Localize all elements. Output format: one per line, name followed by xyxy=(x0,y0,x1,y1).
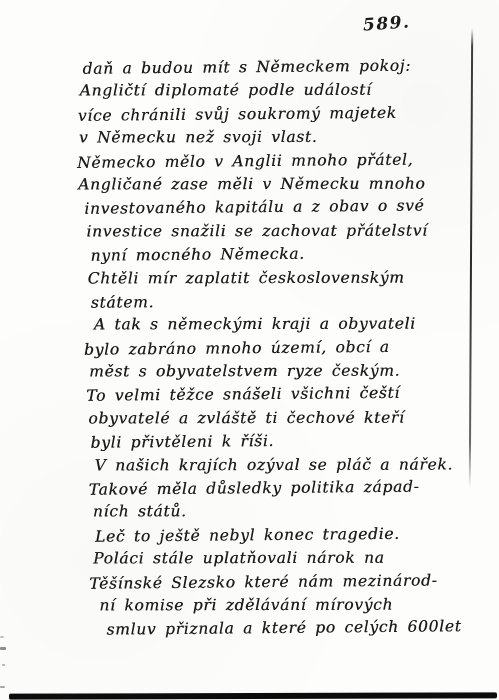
handwritten-line: nyní mocného Německa. xyxy=(90,241,462,268)
handwritten-line: ní komise při zdělávání mírových xyxy=(99,593,464,617)
handwritten-line: A tak s německými kraji a obyvateli xyxy=(94,313,463,337)
page-number: 589. xyxy=(362,12,411,35)
handwritten-line: Poláci stále uplatňovali nárok na xyxy=(93,547,464,571)
paper-speck xyxy=(0,686,5,688)
handwritten-line: státem. xyxy=(91,288,463,315)
scan-bottom-bar xyxy=(9,692,497,699)
paper-speck xyxy=(2,664,5,666)
handwritten-line: Chtěli mír zaplatit československým xyxy=(88,266,463,290)
handwritten-line: Německo mělo v Anglii mnoho přátel, xyxy=(77,148,462,175)
handwritten-line: Leč to ještě nebyl konec tragedie. xyxy=(95,522,464,549)
paper-speck xyxy=(0,636,4,638)
handwritten-line: měst s obyvatelstvem ryze českým. xyxy=(89,360,463,384)
handwritten-line: smluv přiznala a které po celých 600let xyxy=(106,616,464,643)
scan-edge-line xyxy=(469,28,473,488)
handwritten-line: investice snažili se zachovat přátelství xyxy=(86,219,462,243)
handwritten-line: Těšínské Slezsko které nám mezinárod- xyxy=(89,569,464,596)
handwritten-line: daň a budou mít s Německem pokoj: xyxy=(82,54,461,81)
handwritten-line: více chránili svůj soukromý majetek xyxy=(78,101,462,128)
handwritten-line: Angličtí diplomaté podle událostí xyxy=(80,79,462,103)
manuscript-page: 589. daň a budou mít s Německem pokoj: A… xyxy=(0,0,499,700)
handwritten-line: v Německu než svoji vlast. xyxy=(79,126,462,150)
paper-speck xyxy=(0,647,6,650)
handwritten-line: bylo zabráno mnoho území, obcí a xyxy=(84,335,463,362)
handwritten-line: ních států. xyxy=(93,500,464,524)
handwritten-line: byli přivtěleni k říši. xyxy=(90,428,463,455)
handwritten-line: Takové měla důsledky politika západ- xyxy=(89,475,464,502)
handwritten-line: V našich krajích ozýval se pláč a nářek. xyxy=(95,453,464,477)
handwritten-line: To velmi těžce snášeli všichni čeští xyxy=(86,382,463,409)
handwritten-line: investovaného kapitálu a z obav o své xyxy=(84,195,462,222)
handwritten-line: obyvatelé a zvláště ti čechové kteří xyxy=(88,406,463,430)
handwritten-text-block: daň a budou mít s Německem pokoj: Anglič… xyxy=(76,55,464,642)
handwritten-line: Angličané zase měli v Německu mnoho xyxy=(78,172,462,196)
